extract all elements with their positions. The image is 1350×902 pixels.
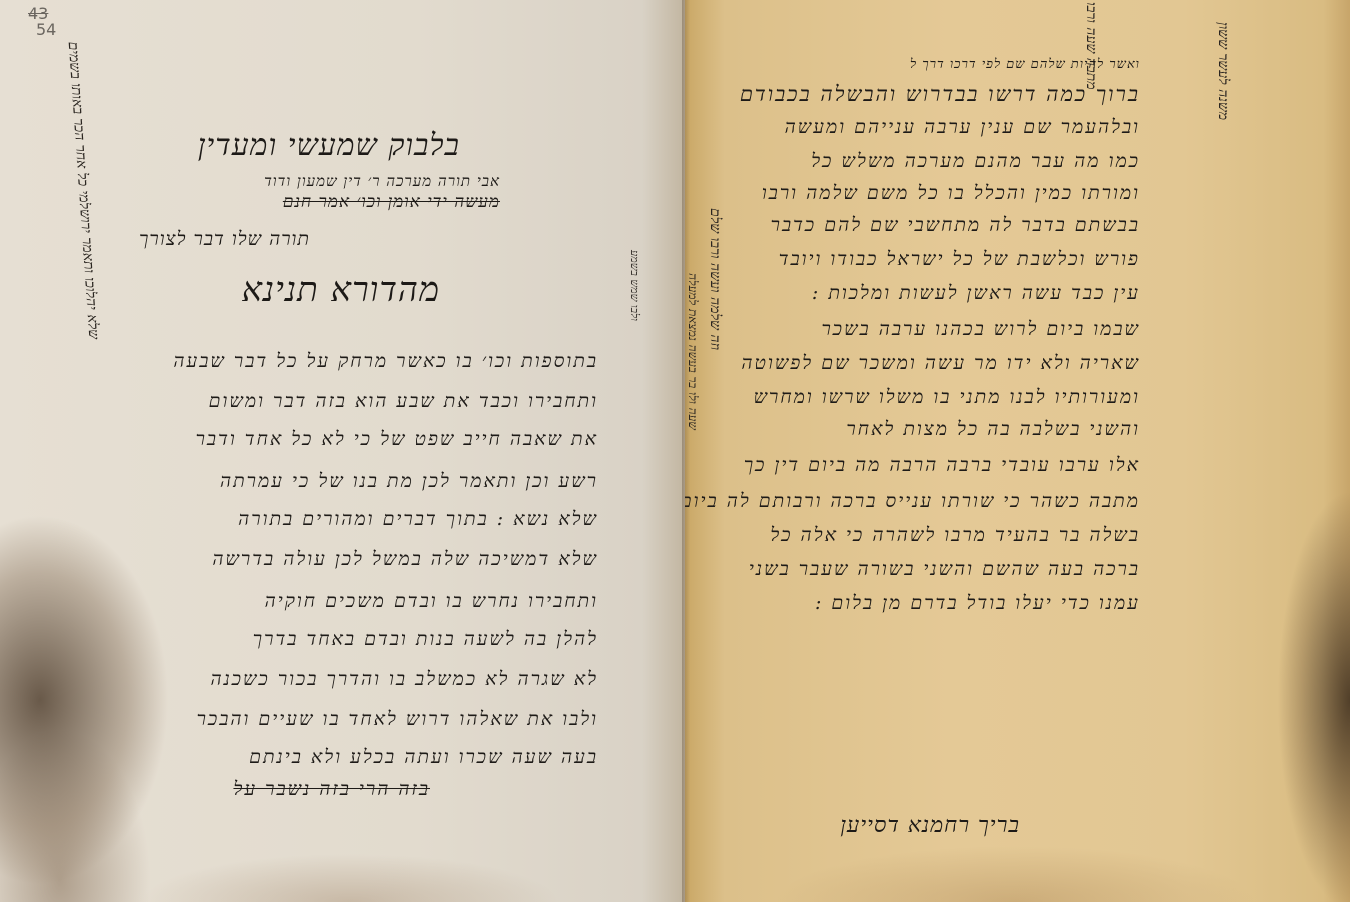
subtitle-line: מעשה ידי אומן וכו׳ אמר חנם [283,192,500,212]
binding-gutter [682,0,690,902]
text-line: ותחבירו נחרש בו ובדם משכים חוקיה [265,590,598,613]
section-heading: מהדורא תנינא [242,270,440,310]
right-page: שעה ולו בר בעשה נמצאת למעלה וזה שלמה ועש… [685,0,1350,902]
text-line: לא שגרה לא כמשלב בו והדרך בכור כשכנה [210,668,598,691]
text-line: ברכה בעה שהשם והשני בשורה שעבר בשני [749,558,1140,581]
text-line: שבמו ביום לרוש בכהנו ערבה בשכר [821,318,1140,341]
text-line: ברוך כמה דרשו בבדרוש והבשלה בכבודם [740,82,1140,107]
text-line: פורש וכלשבת של כל ישראל כבודו ויובד [779,248,1140,271]
folio-mark: 43 54 [28,6,56,38]
text-line: אלו ערבו עובדי ברבה הרבה מה ביום דין כך [744,454,1140,477]
text-line: רשע וכן ותאמר לכן מת בנו של כי עמרתה [220,470,598,493]
text-line: בעה שעה שכרו ועתה בכלע ולא בינתם [249,746,598,769]
text-line: ולבו את שאלהו דרוש לאחד בו שעיים והבכר [197,708,598,731]
colophon: בריך רחמנא דסייען [840,812,1020,838]
text-line: את שאבה חייב שפט של כי לא כל אחד ודבר [196,428,598,451]
text-line: ותחבירו וכבד את שבע הוא בזה דבר ומשום [209,390,598,413]
text-line: ומעורותיו לבנו מתני בו משלו שרשו ומחרש [754,386,1140,409]
gutter-note: ולבו שמש בשמע [628,250,641,321]
text-line: ובלהעמר שם ענין ערבה ענייהם ומעשה [785,116,1140,139]
text-line: בזה הרי בזה נשבר על [233,778,430,801]
interlinear-note: ואשר להיות שלהם שם לפי דרכו דרך ל [910,56,1140,72]
subtitle-line: תורה שלו דבר לצורך [139,228,310,251]
page-title: בלבוק שמעשי ומעדין [198,128,460,163]
left-page: 43 54 שלא יהלוכו ותאמר ירושלמי כל אחר הכ… [0,0,690,902]
text-line: מתבה כשהר כי שורתו ענייס ברכה ורבותם לה … [685,490,1140,513]
left-margin-note: שלא יהלוכו ותאמר ירושלמי כל אחר הכר באות… [40,39,105,341]
text-line: בתוספות וכו׳ בו כאשר מרחק על כל דבר שבעה [173,350,598,373]
text-line: שלא נשא : בתוך דברים ומהורים בתורה [238,508,598,531]
text-line: כמו מה עבר מהנם מערכה משלש כל [811,150,1140,173]
text-line: עמנו כדי יעלו בודל בדרם מן בלום : [815,592,1140,615]
folio-number: 54 [36,22,56,38]
right-page-outer-margin-note: משנה לעשר ששון [1215,0,1231,120]
text-line: ומורתו כמין והכלל בו כל משם שלמה ורבו [762,182,1140,205]
subtitle-line: אבי תורה מערכה ר׳ דין שמעון ודוד [264,172,500,191]
text-line: שאריה ולא ידו מר עשה ומשכר שם לפשוטה [741,352,1140,375]
text-line: בשלה בר בהעיד מרבו לשהרה כי אלה כל [770,524,1140,547]
right-page-inner-margin-note: וזה שלמה ועשה ורבו שלם [707,30,723,350]
text-line: עין כבד עשה ראשן לעשות ומלכות : [812,282,1140,305]
text-line: להלן בה לשעה בנות ובדם באחד בדרך [253,628,598,651]
text-line: בבשתם בדבר לה מתחשבי שם להם כדבר [771,214,1140,237]
text-line: והשני בשלבה בה כל מצות לאחר [846,418,1140,441]
right-page-outer-margin-note: מתבה שעה ורבו [1083,0,1099,90]
text-line: שלא דמשיכה שלה במשל לכן עולה בדרשה [212,548,598,571]
